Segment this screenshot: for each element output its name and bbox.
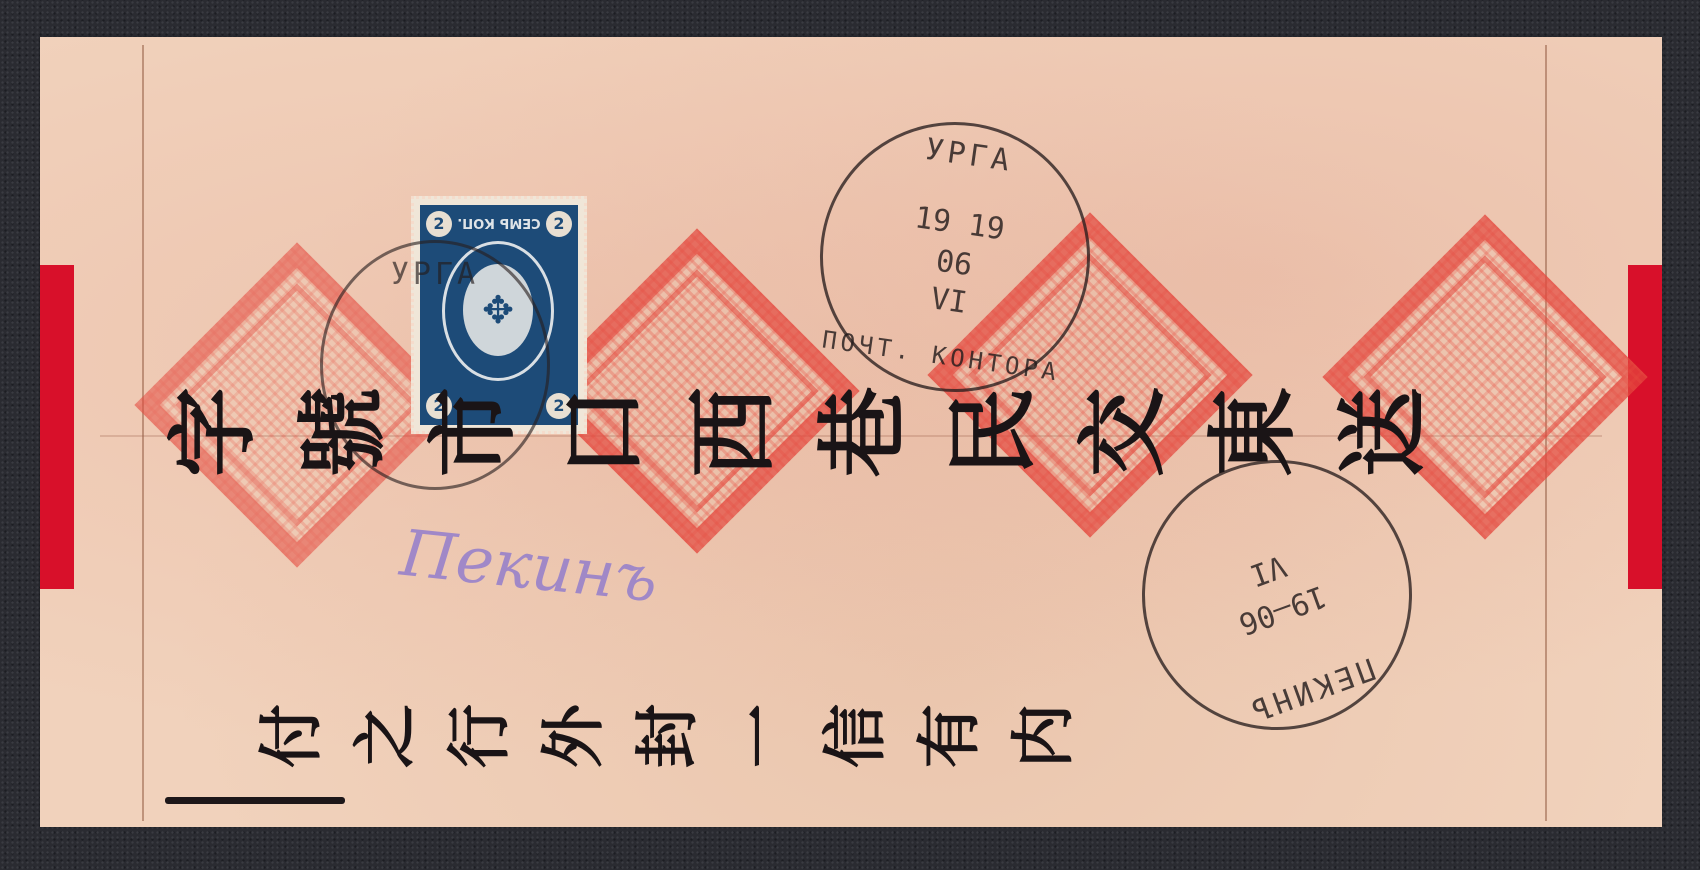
calligraphy-address: 字號市口西巷民交東送 <box>65 395 1565 505</box>
calligraphy-bottom-line: 付之行外封一信有内 <box>230 710 1130 790</box>
ink-underline <box>165 797 345 804</box>
stamp-value-tl: 2 <box>426 211 452 237</box>
red-band-right <box>1628 265 1662 589</box>
stamp-value-tr: 2 <box>546 211 572 237</box>
